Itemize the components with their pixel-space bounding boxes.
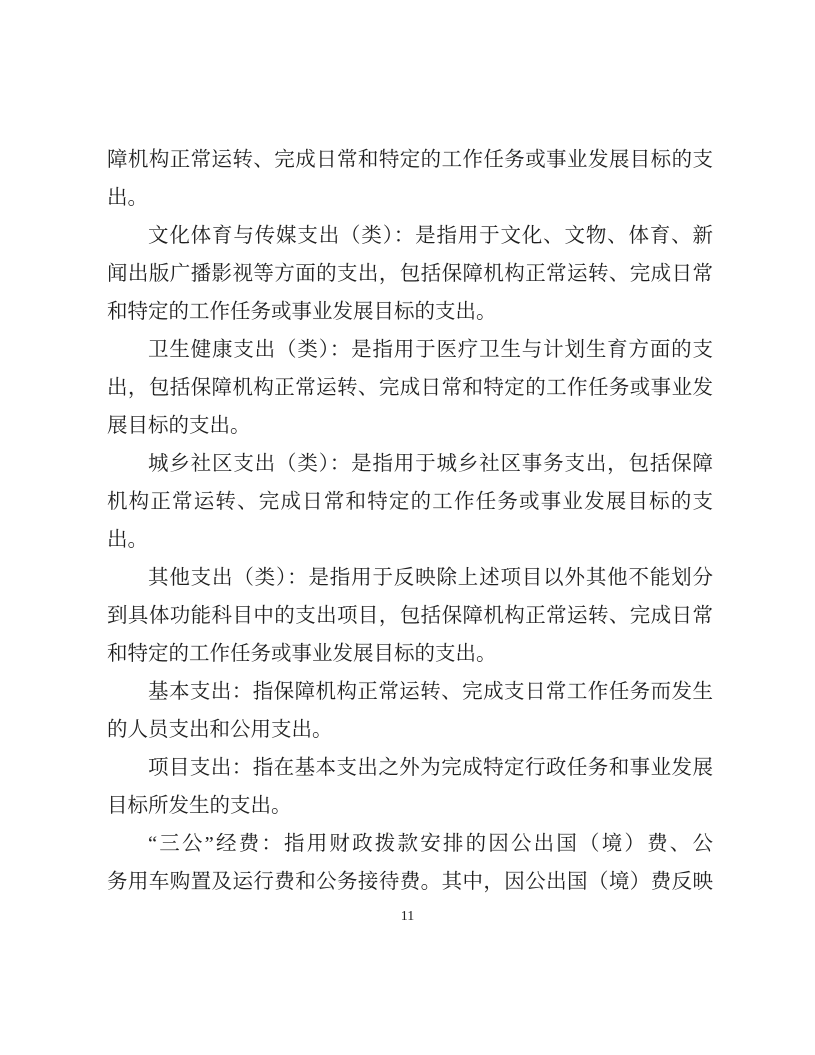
text-line: 到具体功能科目中的支出项目，包括保障机构正常运转、完成日常 (107, 597, 713, 635)
text-line: 的人员支出和公用支出。 (107, 711, 713, 749)
text-line: 出。 (107, 521, 713, 559)
text-line: 和特定的工作任务或事业发展目标的支出。 (107, 293, 713, 331)
text-line: 目标所发生的支出。 (107, 787, 713, 825)
text-line: 出。 (107, 179, 713, 217)
text-line: 城乡社区支出（类）：是指用于城乡社区事务支出，包括保障 (107, 445, 713, 483)
document-page: 障机构正常运转、完成日常和特定的工作任务或事业发展目标的支 出。 文化体育与传媒… (0, 0, 815, 1055)
text-line: 卫生健康支出（类）：是指用于医疗卫生与计划生育方面的支 (107, 331, 713, 369)
text-line: 展目标的支出。 (107, 407, 713, 445)
text-line: 务用车购置及运行费和公务接待费。其中，因公出国（境）费反映 (107, 863, 713, 901)
text-line: 文化体育与传媒支出（类）：是指用于文化、文物、体育、新 (107, 217, 713, 255)
text-line: 其他支出（类）：是指用于反映除上述项目以外其他不能划分 (107, 559, 713, 597)
text-line: 基本支出：指保障机构正常运转、完成支日常工作任务而发生 (107, 673, 713, 711)
text-line: 机构正常运转、完成日常和特定的工作任务或事业发展目标的支 (107, 483, 713, 521)
page-number: 11 (0, 906, 815, 928)
text-line: 障机构正常运转、完成日常和特定的工作任务或事业发展目标的支 (107, 141, 713, 179)
text-line: “三公”经费：指用财政拨款安排的因公出国（境）费、公 (107, 825, 713, 863)
body-text: 障机构正常运转、完成日常和特定的工作任务或事业发展目标的支 出。 文化体育与传媒… (107, 141, 713, 901)
text-line: 项目支出：指在基本支出之外为完成特定行政任务和事业发展 (107, 749, 713, 787)
text-line: 和特定的工作任务或事业发展目标的支出。 (107, 635, 713, 673)
text-line: 闻出版广播影视等方面的支出，包括保障机构正常运转、完成日常 (107, 255, 713, 293)
text-line: 出，包括保障机构正常运转、完成日常和特定的工作任务或事业发 (107, 369, 713, 407)
